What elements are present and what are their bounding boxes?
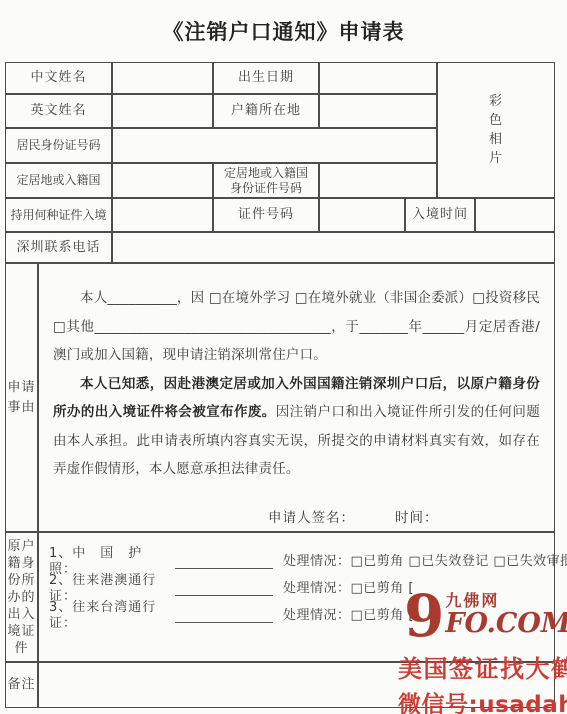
promo-line-1: 美国签证找大鹤: [398, 649, 567, 684]
entry-document-type-value-cell: [112, 198, 213, 232]
doc-blank-line: [175, 582, 273, 596]
applicant-signature-label: 申请人签名：: [268, 510, 355, 526]
entry-time-value-cell: [475, 198, 555, 232]
birth-date-value-cell: [319, 62, 437, 94]
photo-box: 彩 色 相 片: [437, 62, 555, 198]
doc-row-china-passport: 1、中 国 护 照： 处理情况：□已剪角 □已失效登记 □已失效审批: [49, 548, 550, 575]
remarks-label: 备注: [5, 662, 38, 708]
settlement-id-number-value-cell: [319, 163, 437, 198]
site-name-cn: 九佛网: [445, 592, 567, 609]
chinese-name-value-cell: [112, 62, 213, 94]
reason-section-content: 本人__________，因 □在境外学习 □在境外就业（非国企委派）□投资移民…: [38, 263, 555, 532]
english-name-label: 英文姓名: [5, 94, 112, 128]
page-title: 《注销户口通知》申请表: [0, 16, 567, 46]
promo-line-2: 微信号:usadahe: [398, 686, 567, 714]
logo-nine-glyph: 9: [404, 590, 444, 642]
english-name-value-cell: [112, 94, 213, 128]
reason-paragraph-2: 本人已知悉，因赴港澳定居或加入外国国籍注销深圳户口后，以原户籍身份所办的出入境证…: [53, 370, 540, 484]
shenzhen-phone-value-cell: [112, 232, 555, 263]
document-number-label: 证件号码: [213, 198, 319, 232]
shenzhen-phone-label: 深圳联系电话: [5, 232, 112, 263]
watermark: 9 九佛网 FO.COM 美国签证找大鹤 微信号:usadahe: [398, 590, 567, 714]
settlement-country-label: 定居地或入籍国: [5, 163, 112, 198]
doc-status: 处理情况：□已剪角 [: [283, 608, 414, 624]
settlement-id-number-label: 定居地或入籍国 身份证件号码: [213, 163, 319, 198]
signature-time-label: 时间：: [395, 510, 439, 526]
documents-section-label: 原户 籍身 份所 办的 出入 境证 件: [5, 532, 38, 662]
doc-name: 3、往来台湾通行证：: [49, 600, 175, 632]
scanned-form-page: 《注销户口通知》申请表 中文姓名 出生日期 彩 色 相 片 英文姓名 户籍所在地…: [0, 0, 567, 714]
household-location-value-cell: [319, 94, 437, 128]
nine-fo-logo: 9 九佛网 FO.COM: [404, 590, 567, 642]
entry-time-label: 入境时间: [405, 198, 475, 232]
household-location-label: 户籍所在地: [213, 94, 319, 128]
entry-document-type-label: 持用何种证件入境: [5, 198, 112, 232]
resident-id-label: 居民身份证号码: [5, 128, 112, 163]
doc-status: 处理情况：□已剪角 [: [283, 581, 414, 597]
reason-section-label: 申请 事由: [5, 263, 38, 532]
chinese-name-label: 中文姓名: [5, 62, 112, 94]
doc-blank-line: [175, 555, 273, 569]
birth-date-label: 出生日期: [213, 62, 319, 94]
document-number-value-cell: [319, 198, 405, 232]
settlement-country-value-cell: [112, 163, 213, 198]
resident-id-value-cell: [112, 128, 437, 163]
doc-status: 处理情况：□已剪角 □已失效登记 □已失效审批: [283, 554, 567, 570]
reason-paragraph-1: 本人__________，因 □在境外学习 □在境外就业（非国企委派）□投资移民…: [53, 284, 540, 370]
doc-blank-line: [175, 609, 273, 623]
site-domain: FO.COM: [445, 609, 567, 639]
